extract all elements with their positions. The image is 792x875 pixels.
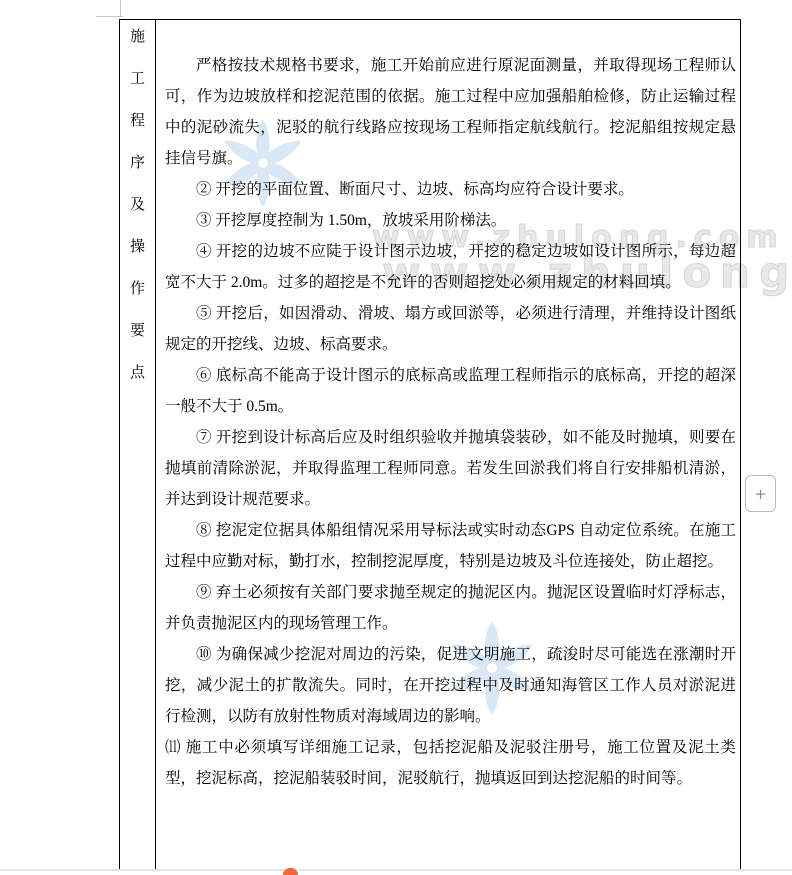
row-header-char: 序 — [130, 155, 145, 171]
bottom-divider-line — [0, 869, 792, 871]
paragraph: ② 开挖的平面位置、断面尺寸、边坡、标高均应符合设计要求。 — [165, 174, 736, 205]
row-header-cell: 施工程序及操作要点 — [120, 20, 156, 871]
paragraph: ⑾ 施工中必须填写详细施工记录，包括挖泥船及泥驳注册号，施工位置及泥土类型，挖泥… — [165, 732, 736, 794]
paragraph: ④ 开挖的边坡不应陡于设计图示边坡，开挖的稳定边坡如设计图所示，每边超宽不大于 … — [165, 236, 736, 298]
paragraph: ⑤ 开挖后，如因滑动、滑坡、塌方或回淤等，必须进行清理，并维持设计图纸规定的开挖… — [165, 298, 736, 360]
table-boundary-mark — [120, 0, 121, 17]
procedure-table: 施工程序及操作要点 严格按技术规格书要求，施工开始前应进行原泥面测量，并取得现场… — [119, 19, 741, 871]
insert-plus-button[interactable]: + — [745, 475, 776, 512]
table-boundary-mark — [96, 16, 123, 17]
paragraph: 严格按技术规格书要求，施工开始前应进行原泥面测量，并取得现场工程师认可，作为边坡… — [165, 50, 736, 174]
row-header-char: 操 — [130, 239, 145, 255]
plus-icon: + — [754, 485, 767, 503]
row-header-char: 工 — [130, 71, 145, 87]
row-header-char: 点 — [130, 365, 145, 381]
paragraph: ⑨ 弃土必须按有关部门要求抛至规定的抛泥区内。抛泥区设置临时灯浮标志，并负责抛泥… — [165, 577, 736, 639]
document-page: www.zhulong.com www.zhulong.com 施工程序及操作要… — [0, 0, 792, 875]
paragraph: ⑥ 底标高不能高于设计图示的底标高或监理工程师指示的底标高，开挖的超深一般不大于… — [165, 360, 736, 422]
footer-logo-fragment — [283, 868, 298, 875]
row-header-char: 要 — [130, 323, 145, 339]
row-header-char: 作 — [130, 281, 145, 297]
row-header-char: 及 — [130, 197, 145, 213]
row-header-char: 程 — [130, 113, 145, 129]
row-header-char: 施 — [130, 29, 145, 45]
paragraph: ⑦ 开挖到设计标高后应及时组织验收并抛填袋装砂，如不能及时抛填，则要在抛填前清除… — [165, 422, 736, 515]
procedure-content-cell: 严格按技术规格书要求，施工开始前应进行原泥面测量，并取得现场工程师认可，作为边坡… — [156, 20, 740, 871]
paragraph: ③ 开挖厚度控制为 1.50m，放坡采用阶梯法。 — [165, 205, 736, 236]
paragraph: ⑩ 为确保减少挖泥对周边的污染，促进文明施工，疏浚时尽可能选在涨潮时开挖，减少泥… — [165, 639, 736, 732]
paragraph: ⑧ 挖泥定位据具体船组情况采用导标法或实时动态GPS 自动定位系统。在施工过程中… — [165, 515, 736, 577]
